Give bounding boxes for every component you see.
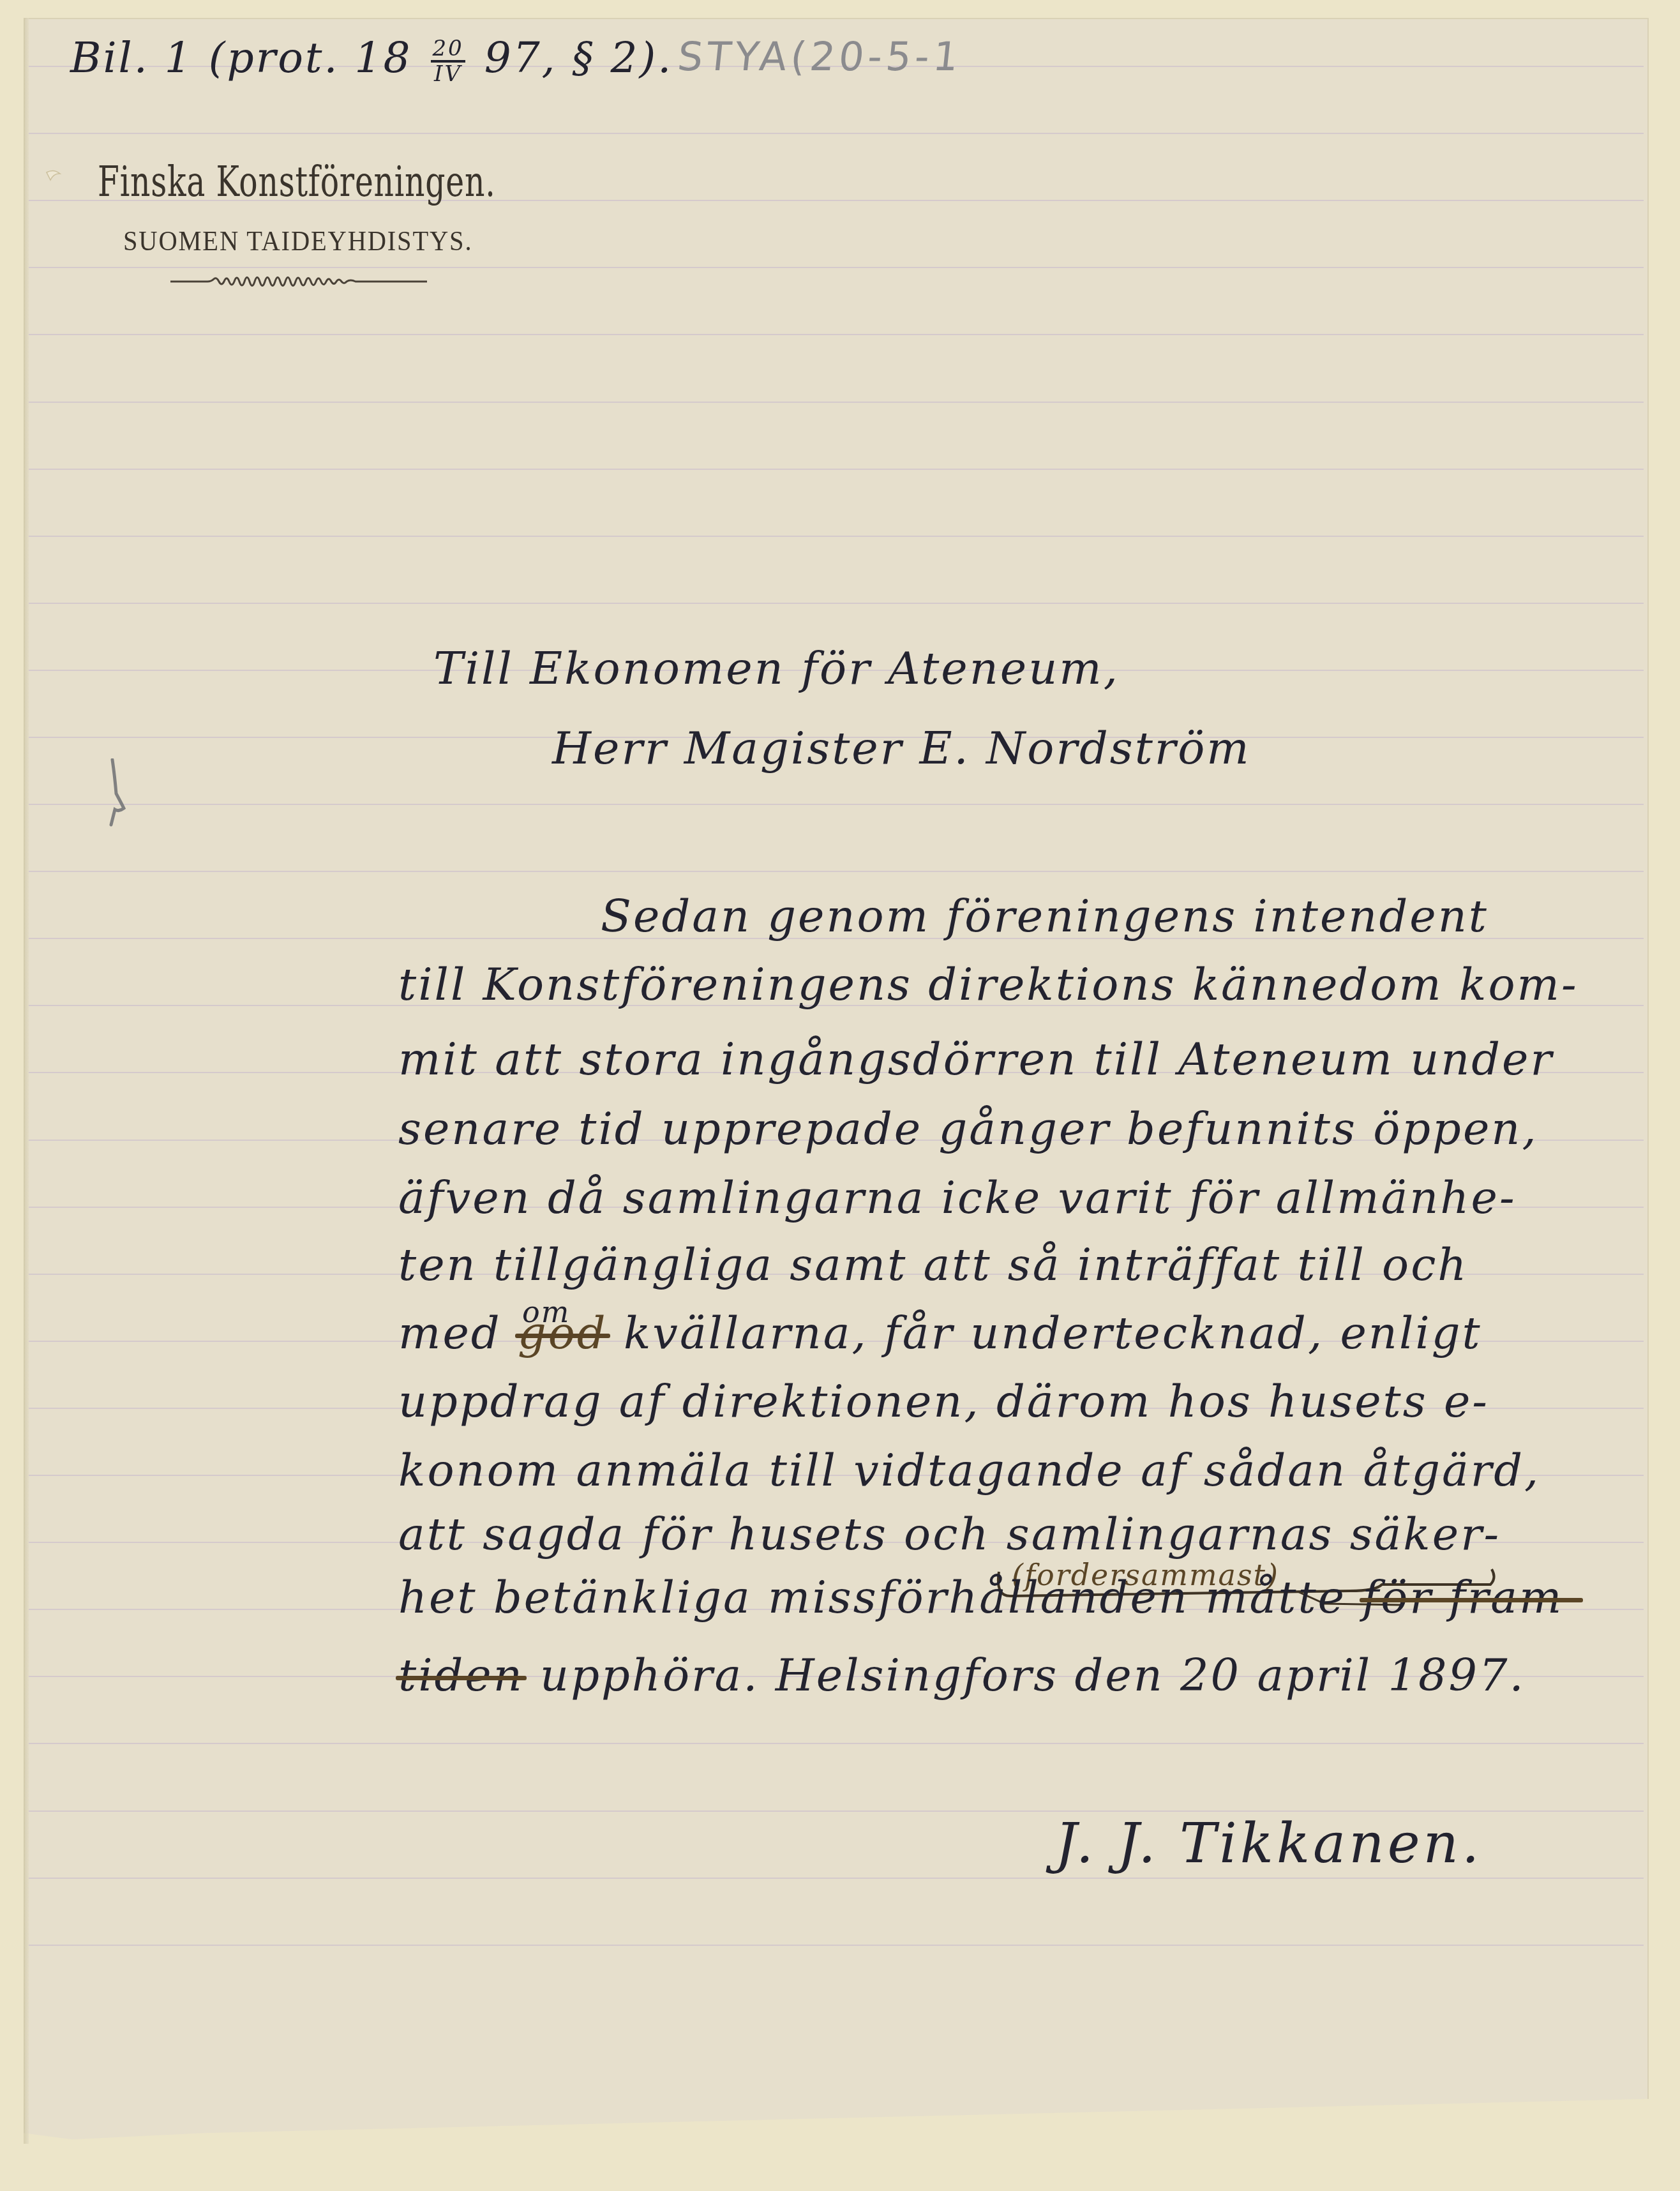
body-line-6: ten tillgängliga samt att så inträffat t…: [398, 1242, 1468, 1287]
body-line-1: Sedan genom föreningens intendent: [601, 894, 1489, 938]
body-line-11-text: het betänkliga missförhållanden måtte: [398, 1571, 1346, 1623]
body-line-12: tiden upphöra. Helsingfors den 20 april …: [398, 1653, 1526, 1698]
catalog-id: STYA(20-5-1: [675, 33, 964, 80]
ruled-line: [29, 1945, 1644, 1946]
address-line-2: Herr Magister E. Nordström: [552, 726, 1251, 771]
fraction-month: IV: [431, 63, 465, 86]
pinhole-icon: [45, 167, 63, 183]
struck-word-tiden: tiden: [398, 1653, 524, 1698]
body-line-11: het betänkliga missförhållanden måtte fö…: [398, 1575, 1580, 1620]
address-line-1: Till Ekonomen för Ateneum,: [433, 646, 1120, 691]
margin-pencil-mark-icon: [107, 758, 129, 829]
body-line-7-start: med: [398, 1307, 502, 1359]
ruled-line: [29, 804, 1644, 805]
ruled-line: [29, 402, 1644, 403]
body-line-12-text: upphöra. Helsingfors den 20 april 1897.: [540, 1649, 1526, 1701]
ruled-line: [29, 536, 1644, 537]
body-line-3: mit att stora ingångsdörren till Ateneum…: [398, 1037, 1554, 1081]
ruled-line: [29, 1878, 1644, 1879]
fraction-day: 20: [431, 37, 465, 63]
ruled-line: [29, 603, 1644, 604]
ornament-squiggle-icon: [170, 273, 427, 290]
body-line-10: att sagda för husets och samlingarnas sä…: [398, 1512, 1501, 1556]
sheet-left-edge: [24, 18, 29, 2144]
date-fraction: 20 IV: [431, 37, 465, 86]
struck-word-god: god: [518, 1311, 608, 1355]
letterhead-swedish: Finska Konstföreningen.: [98, 157, 495, 206]
signature: J. J. Tikkanen.: [1055, 1816, 1482, 1871]
letterhead-finnish: SUOMEN TAIDEYHDISTYS.: [123, 225, 472, 257]
ruled-line: [29, 133, 1644, 134]
body-line-7-rest: kvällarna, får undertecknad, enligt: [624, 1307, 1482, 1359]
ruled-line: [29, 334, 1644, 335]
archive-reference: Bil. 1 (prot. 18 20 IV 97, § 2).: [70, 37, 673, 86]
ruled-line: [29, 469, 1644, 470]
body-line-5: äfven då samlingarna icke varit för allm…: [398, 1175, 1517, 1220]
ruled-line: [29, 267, 1644, 268]
body-line-7: med god kvällarna, får undertecknad, enl…: [398, 1311, 1482, 1355]
ruled-line: [29, 1743, 1644, 1744]
archive-reference-prefix: Bil. 1 (prot. 18: [70, 33, 412, 82]
ruled-line: [29, 871, 1644, 872]
body-line-8: uppdrag af direktionen, därom hos husets…: [398, 1379, 1489, 1424]
body-line-2: till Konstföreningens direktions kännedo…: [398, 962, 1579, 1007]
body-line-4: senare tid upprepade gånger befunnits öp…: [398, 1106, 1538, 1151]
struck-words-for-fram: för fram-: [1362, 1575, 1580, 1620]
body-line-9: konom anmäla till vidtagande af sådan åt…: [398, 1448, 1540, 1493]
archive-reference-suffix: 97, § 2).: [484, 33, 673, 82]
